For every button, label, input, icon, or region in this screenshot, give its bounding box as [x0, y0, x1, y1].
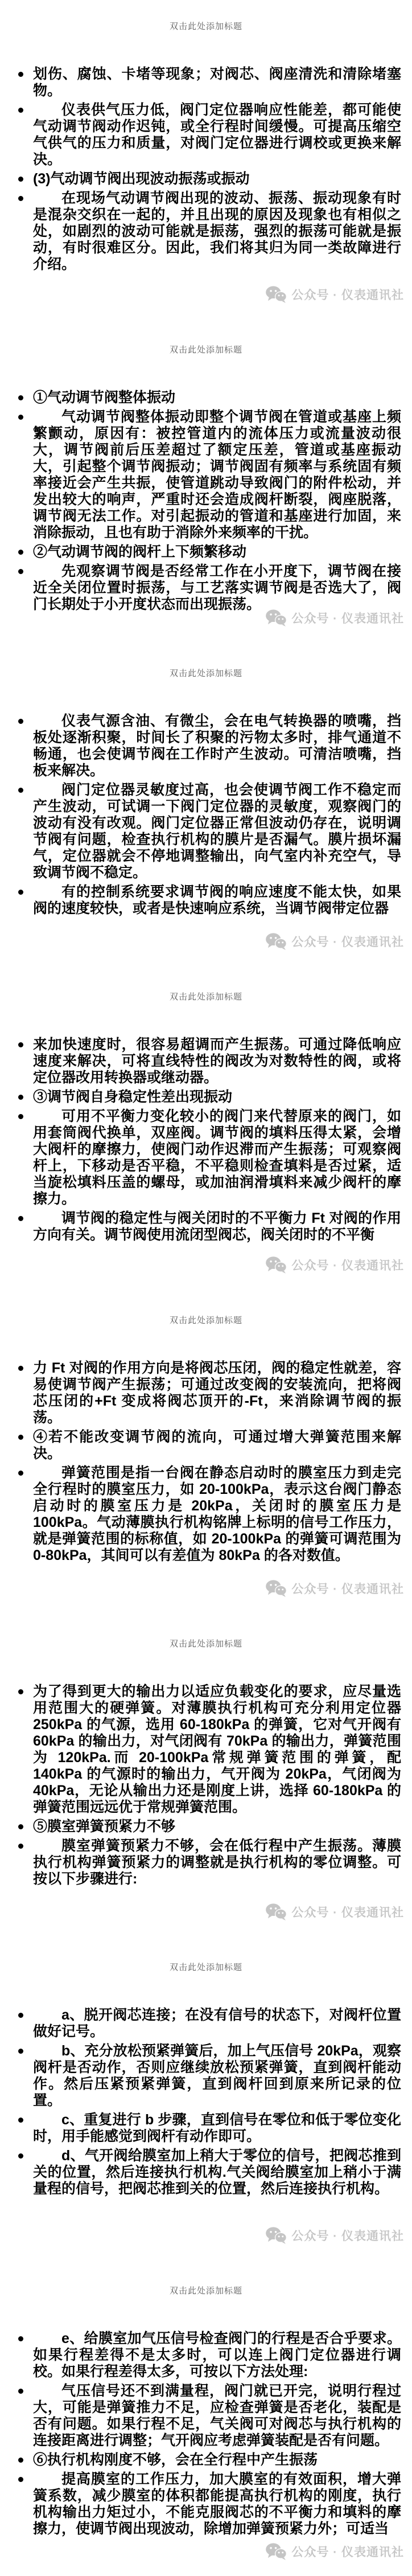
bullet-text: ④若不能改变调节阀的流向，可通过增大弹簧范围来解决。	[33, 1429, 401, 1462]
bullet-text: c、重复进行 b 步骤，直到信号在零位和低于零位变化时，用手能感觉到阀杆有动作即…	[33, 2112, 401, 2145]
bullet-dot-icon	[18, 569, 23, 574]
bullet-dot-icon	[18, 177, 23, 182]
slide-title-placeholder: 双击此处添加标题	[0, 343, 412, 355]
bullet-text: ①气动调节阀整体振动	[33, 390, 401, 406]
bullet-dot-icon	[18, 788, 23, 793]
document-page: 双击此处添加标题 划伤、腐蚀、卡堵等现象；对阀芯、阀座清洗和清除堵塞物。 仪表供…	[0, 0, 412, 2576]
bullet-text: 气动调节阀整体振动即整个调节阀在管道或基座上频繁颤动，原因有：被控管道内的流体压…	[33, 409, 401, 541]
wechat-icon	[265, 2226, 287, 2244]
bullet-text: ⑤膜室弹簧预紧力不够	[33, 1819, 401, 1835]
slide-6: 双击此处添加标题 为了得到更大的输出力以适应负载变化的要求，应尽量选用范围大的硬…	[0, 1617, 412, 1941]
bullet-text: 气压信号还不到满量程，阀门就已开完，说明行程过大，可能是弹簧推力不足，应检查弹簧…	[33, 2383, 401, 2449]
bullet-item: 阀门定位器灵敏度过高，也会使调节阀工作不稳定而产生波动，可试调一下阀门定位器的灵…	[17, 782, 401, 881]
bullet-text: a、脱开阀芯连接；在没有信号的状态下，对阀杆位置做好记号。	[33, 2007, 401, 2040]
bullet-dot-icon	[18, 72, 23, 77]
watermark-text: 公众号 · 仪表通讯社	[291, 1256, 404, 1273]
wechat-icon	[265, 285, 287, 303]
bullet-text: b、充分放松预紧弹簧后，加上气压信号 20kPa，观察阀杆是否动作，否则应继续放…	[33, 2043, 401, 2109]
bullet-item: 仪表气源含油、有微尘，会在电气转换器的喷嘴，挡板处逐渐积聚，时间长了积聚的污物太…	[17, 713, 401, 779]
watermark-text: 公众号 · 仪表通讯社	[291, 933, 404, 950]
bullet-item: 可用不平衡力变化较小的阀门来代替原来的阀门，如用套筒阀代换单，双座阀。调节阀的填…	[17, 1108, 401, 1207]
bullet-dot-icon	[18, 1114, 23, 1119]
watermark: 公众号 · 仪表通讯社	[265, 932, 404, 950]
bullet-dot-icon	[18, 2013, 23, 2018]
bullet-dot-icon	[18, 2153, 23, 2159]
bullet-dot-icon	[18, 719, 23, 724]
wechat-icon	[265, 1579, 287, 1597]
bullet-item: ③调节阀自身稳定性差出现振动	[17, 1089, 401, 1105]
slide-content: 划伤、腐蚀、卡堵等现象；对阀芯、阀座清洗和清除堵塞物。 仪表供气压力低，阀门定位…	[17, 66, 401, 276]
slide-3: 双击此处添加标题 仪表气源含油、有微尘，会在电气转换器的喷嘴，挡板处逐渐积聚，时…	[0, 647, 412, 970]
wechat-icon	[265, 1903, 287, 1920]
watermark: 公众号 · 仪表通讯社	[265, 285, 404, 303]
slide-content: ①气动调节阀整体振动 气动调节阀整体振动即整个调节阀在管道或基座上频繁颤动，原因…	[17, 390, 401, 616]
slide-title-placeholder: 双击此处添加标题	[0, 20, 412, 32]
slide-title-placeholder: 双击此处添加标题	[0, 1637, 412, 1649]
bullet-text: 调节阀的稳定性与阀关闭时的不平衡力 Ft 对阀的作用方向有关。调节阀使用流闭型阀…	[33, 1210, 401, 1243]
bullet-item: 先观察调节阀是否经常工作在小开度下，调节阀在接近全关闭位置时振荡，与工艺落实调节…	[17, 563, 401, 613]
watermark-text: 公众号 · 仪表通讯社	[291, 1903, 404, 1920]
bullet-dot-icon	[18, 550, 23, 555]
bullet-text: ⑥执行机构刚度不够，会在全行程中产生振荡	[33, 2452, 401, 2468]
bullet-item: ①气动调节阀整体振动	[17, 390, 401, 406]
bullet-item: ⑥执行机构刚度不够，会在全行程中产生振荡	[17, 2452, 401, 2468]
bullet-item: c、重复进行 b 步骤，直到信号在零位和低于零位变化时，用手能感觉到阀杆有动作即…	[17, 2112, 401, 2145]
wechat-icon	[265, 609, 287, 626]
bullet-dot-icon	[18, 2118, 23, 2123]
bullet-text: 阀门定位器灵敏度过高，也会使调节阀工作不稳定而产生波动，可试调一下阀门定位器的灵…	[33, 782, 401, 881]
bullet-item: 弹簧范围是指一台阀在静态启动时的膜室压力到走完全行程时的膜室压力，如 20-10…	[17, 1465, 401, 1564]
watermark: 公众号 · 仪表通讯社	[265, 1903, 404, 1920]
bullet-text: 可用不平衡力变化较小的阀门来代替原来的阀门，如用套筒阀代换单，双座阀。调节阀的填…	[33, 1108, 401, 1207]
slide-1: 双击此处添加标题 划伤、腐蚀、卡堵等现象；对阀芯、阀座清洗和清除堵塞物。 仪表供…	[0, 0, 412, 323]
watermark: 公众号 · 仪表通讯社	[265, 2226, 404, 2244]
bullet-item: e、给膜室加气压信号检查阀门的行程是否合乎要求。如果行程差得不是太多时，可以连上…	[17, 2331, 401, 2380]
watermark-text: 公众号 · 仪表通讯社	[291, 1580, 404, 1597]
bullet-item: 膜室弹簧预紧力不够，会在低行程中产生振荡。薄膜执行机构弹簧预紧力的调整就是执行机…	[17, 1838, 401, 1887]
bullet-text: 为了得到更大的输出力以适应负载变化的要求，应尽量选用范围大的硬弹簧。对薄膜执行机…	[33, 1684, 401, 1816]
watermark-text: 公众号 · 仪表通讯社	[291, 609, 404, 626]
bullet-text: 膜室弹簧预紧力不够，会在低行程中产生振荡。薄膜执行机构弹簧预紧力的调整就是执行机…	[33, 1838, 401, 1887]
wechat-icon	[265, 932, 287, 950]
bullet-item: ②气动调节阀的阀杆上下频繁移动	[17, 544, 401, 560]
bullet-dot-icon	[18, 890, 23, 895]
watermark-text: 公众号 · 仪表通讯社	[291, 286, 404, 303]
wechat-icon	[265, 1256, 287, 1273]
bullet-text: (3)气动调节阀出现波动振荡或振动	[33, 171, 401, 187]
bullet-dot-icon	[18, 1689, 23, 1694]
bullet-item: (3)气动调节阀出现波动振荡或振动	[17, 171, 401, 187]
bullet-item: b、充分放松预紧弹簧后，加上气压信号 20kPa，观察阀杆是否动作，否则应继续放…	[17, 2043, 401, 2109]
bullet-text: d、气开阀给膜室加上稍大于零位的信号，把阀芯推到关的位置，然后连接执行机构.气关…	[33, 2148, 401, 2197]
bullet-text: 弹簧范围是指一台阀在静态启动时的膜室压力到走完全行程时的膜室压力，如 20-10…	[33, 1465, 401, 1564]
bullet-item: a、脱开阀芯连接；在没有信号的状态下，对阀杆位置做好记号。	[17, 2007, 401, 2040]
slide-content: 为了得到更大的输出力以适应负载变化的要求，应尽量选用范围大的硬弹簧。对薄膜执行机…	[17, 1684, 401, 1890]
bullet-item: 仪表供气压力低，阀门定位器响应性能差，都可能使气动调节阀动作迟钝，或全行程时间缓…	[17, 102, 401, 168]
bullet-text: 仪表供气压力低，阀门定位器响应性能差，都可能使气动调节阀动作迟钝，或全行程时间缓…	[33, 102, 401, 168]
bullet-text: 在现场气动调节阀出现的波动、振荡、振动现象有时是混杂交织在一起的，并且出现的原因…	[33, 190, 401, 273]
slide-content: a、脱开阀芯连接；在没有信号的状态下，对阀杆位置做好记号。 b、充分放松预紧弹簧…	[17, 2007, 401, 2200]
bullet-text: 力 Ft 对阀的作用方向是将阀芯压闭，阀的稳定性就差，容易使调节阀产生振荡；可通…	[33, 1360, 401, 1426]
bullet-item: 力 Ft 对阀的作用方向是将阀芯压闭，阀的稳定性就差，容易使调节阀产生振荡；可通…	[17, 1360, 401, 1426]
slide-7: 双击此处添加标题 a、脱开阀芯连接；在没有信号的状态下，对阀杆位置做好记号。 b…	[0, 1941, 412, 2264]
bullet-item: 气动调节阀整体振动即整个调节阀在管道或基座上频繁颤动，原因有：被控管道内的流体压…	[17, 409, 401, 541]
bullet-dot-icon	[18, 2049, 23, 2054]
bullet-dot-icon	[18, 1216, 23, 1221]
bullet-text: e、给膜室加气压信号检查阀门的行程是否合乎要求。如果行程差得不是太多时，可以连上…	[33, 2331, 401, 2380]
watermark: 公众号 · 仪表通讯社	[265, 609, 404, 626]
bullet-text: 有的控制系统要求调节阀的响应速度不能太快，如果阀的速度较快，或者是快速响应系统，…	[33, 884, 401, 917]
bullet-dot-icon	[18, 108, 23, 113]
bullet-text: 提高膜室的工作压力，加大膜室的有效面积，增大弹簧系数，减少膜室的体积都能提高执行…	[33, 2471, 401, 2537]
bullet-dot-icon	[18, 2389, 23, 2394]
bullet-item: 提高膜室的工作压力，加大膜室的有效面积，增大弹簧系数，减少膜室的体积都能提高执行…	[17, 2471, 401, 2537]
wechat-icon	[265, 2542, 287, 2560]
bullet-text: ③调节阀自身稳定性差出现振动	[33, 1089, 401, 1105]
bullet-text: ②气动调节阀的阀杆上下频繁移动	[33, 544, 401, 560]
bullet-dot-icon	[18, 1824, 23, 1829]
slide-content: 来加快速度时，很容易超调而产生振荡。可通过降低响应速度来解决，可将直线特性的阀改…	[17, 1037, 401, 1246]
slide-title-placeholder: 双击此处添加标题	[0, 1961, 412, 1973]
slide-2: 双击此处添加标题 ①气动调节阀整体振动 气动调节阀整体振动即整个调节阀在管道或基…	[0, 323, 412, 647]
bullet-dot-icon	[18, 1471, 23, 1476]
bullet-text: 划伤、腐蚀、卡堵等现象；对阀芯、阀座清洗和清除堵塞物。	[33, 66, 401, 99]
bullet-item: d、气开阀给膜室加上稍大于零位的信号，把阀芯推到关的位置，然后连接执行机构.气关…	[17, 2148, 401, 2197]
slide-content: e、给膜室加气压信号检查阀门的行程是否合乎要求。如果行程差得不是太多时，可以连上…	[17, 2331, 401, 2540]
bullet-item: ⑤膜室弹簧预紧力不够	[17, 1819, 401, 1835]
bullet-dot-icon	[18, 1042, 23, 1047]
watermark-text: 公众号 · 仪表通讯社	[291, 2543, 404, 2560]
watermark: 公众号 · 仪表通讯社	[265, 1256, 404, 1273]
bullet-text: 先观察调节阀是否经常工作在小开度下，调节阀在接近全关闭位置时振荡，与工艺落实调节…	[33, 563, 401, 613]
bullet-dot-icon	[18, 1366, 23, 1371]
watermark: 公众号 · 仪表通讯社	[265, 2542, 404, 2560]
bullet-item: 划伤、腐蚀、卡堵等现象；对阀芯、阀座清洗和清除堵塞物。	[17, 66, 401, 99]
bullet-dot-icon	[18, 1844, 23, 1849]
bullet-dot-icon	[18, 1095, 23, 1100]
bullet-text: 仪表气源含油、有微尘，会在电气转换器的喷嘴，挡板处逐渐积聚，时间长了积聚的污物太…	[33, 713, 401, 779]
bullet-dot-icon	[18, 1435, 23, 1440]
slide-8: 双击此处添加标题 e、给膜室加气压信号检查阀门的行程是否合乎要求。如果行程差得不…	[0, 2264, 412, 2576]
bullet-text: 来加快速度时，很容易超调而产生振荡。可通过降低响应速度来解决，可将直线特性的阀改…	[33, 1037, 401, 1086]
bullet-dot-icon	[18, 2477, 23, 2482]
slide-content: 力 Ft 对阀的作用方向是将阀芯压闭，阀的稳定性就差，容易使调节阀产生振荡；可通…	[17, 1360, 401, 1567]
slide-title-placeholder: 双击此处添加标题	[0, 2284, 412, 2296]
bullet-dot-icon	[18, 415, 23, 420]
bullet-item: 来加快速度时，很容易超调而产生振荡。可通过降低响应速度来解决，可将直线特性的阀改…	[17, 1037, 401, 1086]
bullet-item: 调节阀的稳定性与阀关闭时的不平衡力 Ft 对阀的作用方向有关。调节阀使用流闭型阀…	[17, 1210, 401, 1243]
bullet-dot-icon	[18, 2458, 23, 2463]
slide-4: 双击此处添加标题 来加快速度时，很容易超调而产生振荡。可通过降低响应速度来解决，…	[0, 970, 412, 1294]
slide-title-placeholder: 双击此处添加标题	[0, 1314, 412, 1326]
bullet-item: 有的控制系统要求调节阀的响应速度不能太快，如果阀的速度较快，或者是快速响应系统，…	[17, 884, 401, 917]
watermark: 公众号 · 仪表通讯社	[265, 1579, 404, 1597]
bullet-item: 在现场气动调节阀出现的波动、振荡、振动现象有时是混杂交织在一起的，并且出现的原因…	[17, 190, 401, 273]
bullet-dot-icon	[18, 395, 23, 400]
slide-title-placeholder: 双击此处添加标题	[0, 990, 412, 1002]
slide-content: 仪表气源含油、有微尘，会在电气转换器的喷嘴，挡板处逐渐积聚，时间长了积聚的污物太…	[17, 713, 401, 920]
bullet-item: 为了得到更大的输出力以适应负载变化的要求，应尽量选用范围大的硬弹簧。对薄膜执行机…	[17, 1684, 401, 1816]
slide-5: 双击此处添加标题 力 Ft 对阀的作用方向是将阀芯压闭，阀的稳定性就差，容易使调…	[0, 1294, 412, 1617]
bullet-item: 气压信号还不到满量程，阀门就已开完，说明行程过大，可能是弹簧推力不足，应检查弹簧…	[17, 2383, 401, 2449]
bullet-dot-icon	[18, 196, 23, 201]
watermark-text: 公众号 · 仪表通讯社	[291, 2227, 404, 2244]
bullet-item: ④若不能改变调节阀的流向，可通过增大弹簧范围来解决。	[17, 1429, 401, 1462]
bullet-dot-icon	[18, 2336, 23, 2341]
slide-title-placeholder: 双击此处添加标题	[0, 667, 412, 679]
